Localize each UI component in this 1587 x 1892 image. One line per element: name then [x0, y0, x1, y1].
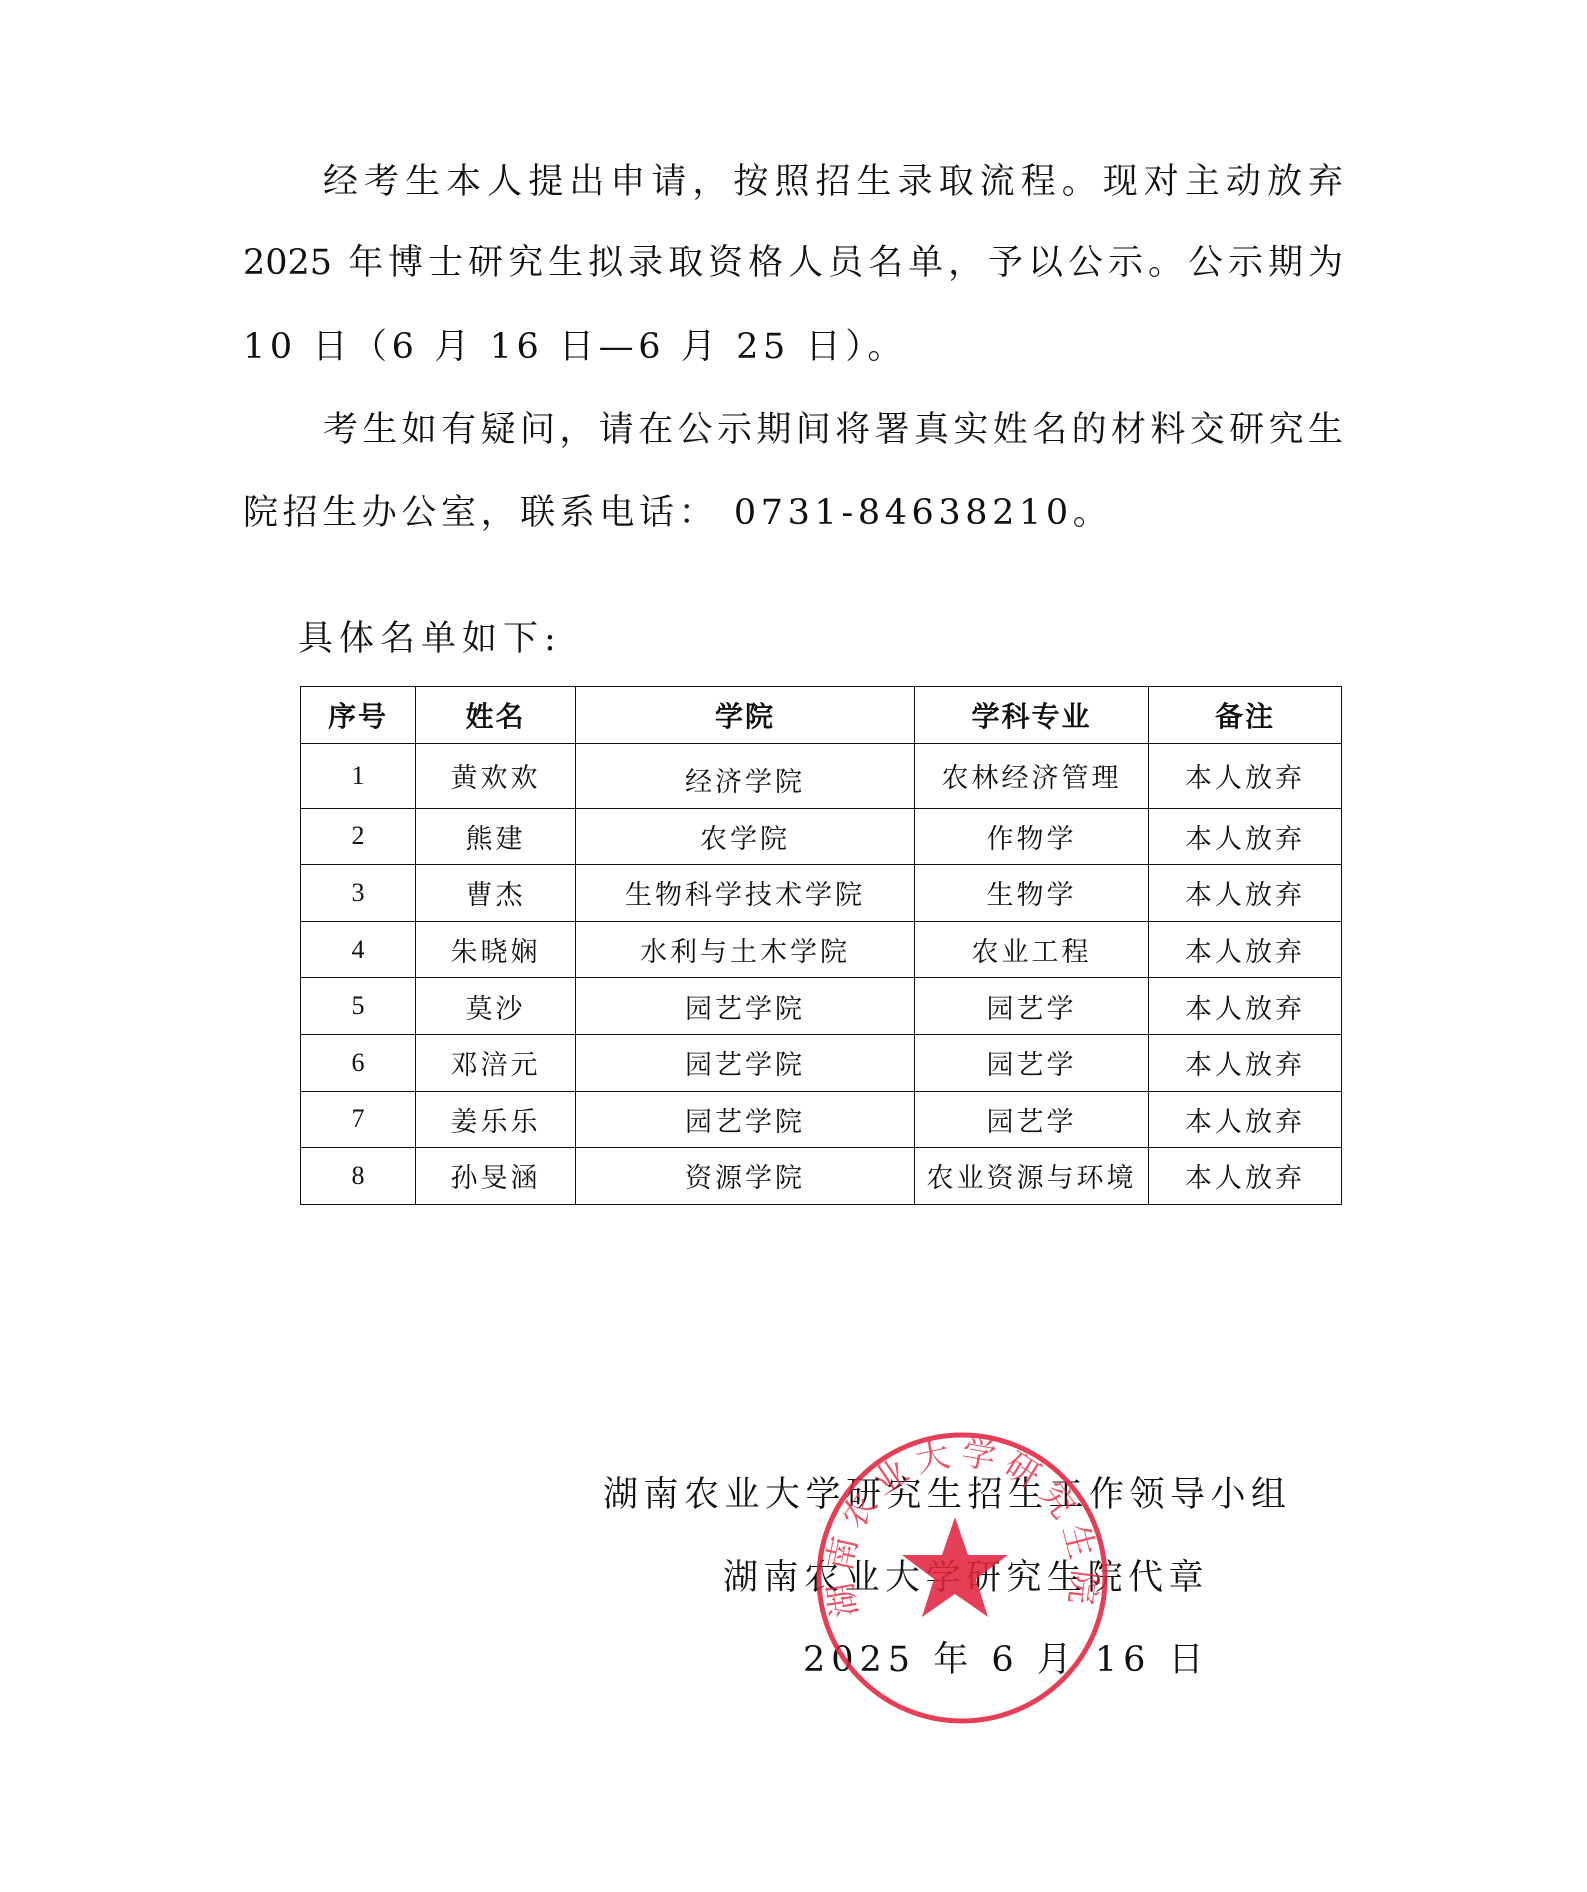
table-row: 4 朱晓娴 水利与土木学院 农业工程 本人放弃: [301, 921, 1342, 978]
header-major: 学科专业: [915, 687, 1149, 744]
cell-college: 园艺学院: [576, 978, 915, 1035]
cell-college: 园艺学院: [576, 1091, 915, 1148]
cell-major: 园艺学: [915, 1034, 1149, 1091]
cell-college: 资源学院: [576, 1148, 915, 1205]
cell-no: 3: [301, 865, 416, 922]
header-college: 学院: [576, 687, 915, 744]
cell-no: 5: [301, 978, 416, 1035]
cell-no: 7: [301, 1091, 416, 1148]
header-remark: 备注: [1149, 687, 1342, 744]
cell-major: 作物学: [915, 808, 1149, 865]
table-row: 1 黄欢欢 经济学院 农林经济管理 本人放弃: [301, 744, 1342, 809]
cell-college: 园艺学院: [576, 1034, 915, 1091]
cell-no: 8: [301, 1148, 416, 1205]
cell-major: 农业工程: [915, 921, 1149, 978]
cell-remark: 本人放弃: [1149, 921, 1342, 978]
cell-name: 孙旻涵: [416, 1148, 576, 1205]
abandonment-list-table: 序号 姓名 学院 学科专业 备注 1 黄欢欢 经济学院 农林经济管理 本人放弃 …: [300, 686, 1342, 1205]
cell-major: 园艺学: [915, 1091, 1149, 1148]
cell-name: 熊建: [416, 808, 576, 865]
paragraph-2-line-1: 考生如有疑问，请在公示期间将署真实姓名的材料交研究生: [323, 408, 1343, 452]
cell-no: 4: [301, 921, 416, 978]
cell-college: 农学院: [576, 808, 915, 865]
cell-no: 6: [301, 1034, 416, 1091]
cell-no: 2: [301, 808, 416, 865]
signature-seal-note: 湖南农业大学研究生院代章: [723, 1556, 1209, 1600]
cell-remark: 本人放弃: [1149, 865, 1342, 922]
cell-major: 生物学: [915, 865, 1149, 922]
table-row: 2 熊建 农学院 作物学 本人放弃: [301, 808, 1342, 865]
list-intro: 具体名单如下:: [298, 617, 562, 661]
cell-name: 曹杰: [416, 865, 576, 922]
table-row: 8 孙旻涵 资源学院 农业资源与环境 本人放弃: [301, 1148, 1342, 1205]
paragraph-1-line-2: 2025 年博士研究生拟录取资格人员名单，予以公示。公示期为: [243, 241, 1343, 285]
cell-college: 生物科学技术学院: [576, 865, 915, 922]
cell-remark: 本人放弃: [1149, 744, 1342, 809]
table-row: 7 姜乐乐 园艺学院 园艺学 本人放弃: [301, 1091, 1342, 1148]
table-row: 3 曹杰 生物科学技术学院 生物学 本人放弃: [301, 865, 1342, 922]
cell-remark: 本人放弃: [1149, 1034, 1342, 1091]
cell-major: 农林经济管理: [915, 744, 1149, 809]
paragraph-2-line-2: 院招生办公室，联系电话： 0731-84638210。: [243, 491, 1112, 535]
cell-name: 邓涪元: [416, 1034, 576, 1091]
cell-college: 水利与土木学院: [576, 921, 915, 978]
cell-name: 莫沙: [416, 978, 576, 1035]
signature-date: 2025 年 6 月 16 日: [803, 1638, 1210, 1682]
cell-remark: 本人放弃: [1149, 808, 1342, 865]
table-row: 5 莫沙 园艺学院 园艺学 本人放弃: [301, 978, 1342, 1035]
cell-remark: 本人放弃: [1149, 1091, 1342, 1148]
cell-name: 黄欢欢: [416, 744, 576, 809]
cell-no: 1: [301, 744, 416, 809]
cell-remark: 本人放弃: [1149, 978, 1342, 1035]
signature-org: 湖南农业大学研究生招生工作领导小组: [603, 1473, 1292, 1517]
cell-major: 园艺学: [915, 978, 1149, 1035]
cell-name: 姜乐乐: [416, 1091, 576, 1148]
table-row: 6 邓涪元 园艺学院 园艺学 本人放弃: [301, 1034, 1342, 1091]
paragraph-1-line-1: 经考生本人提出申请，按照招生录取流程。现对主动放弃: [323, 160, 1343, 204]
cell-major: 农业资源与环境: [915, 1148, 1149, 1205]
table-header-row: 序号 姓名 学院 学科专业 备注: [301, 687, 1342, 744]
cell-college: 经济学院: [576, 744, 915, 809]
cell-name: 朱晓娴: [416, 921, 576, 978]
paragraph-1-line-3: 10 日（6 月 16 日—6 月 25 日）。: [243, 325, 907, 369]
cell-remark: 本人放弃: [1149, 1148, 1342, 1205]
header-name: 姓名: [416, 687, 576, 744]
header-no: 序号: [301, 687, 416, 744]
